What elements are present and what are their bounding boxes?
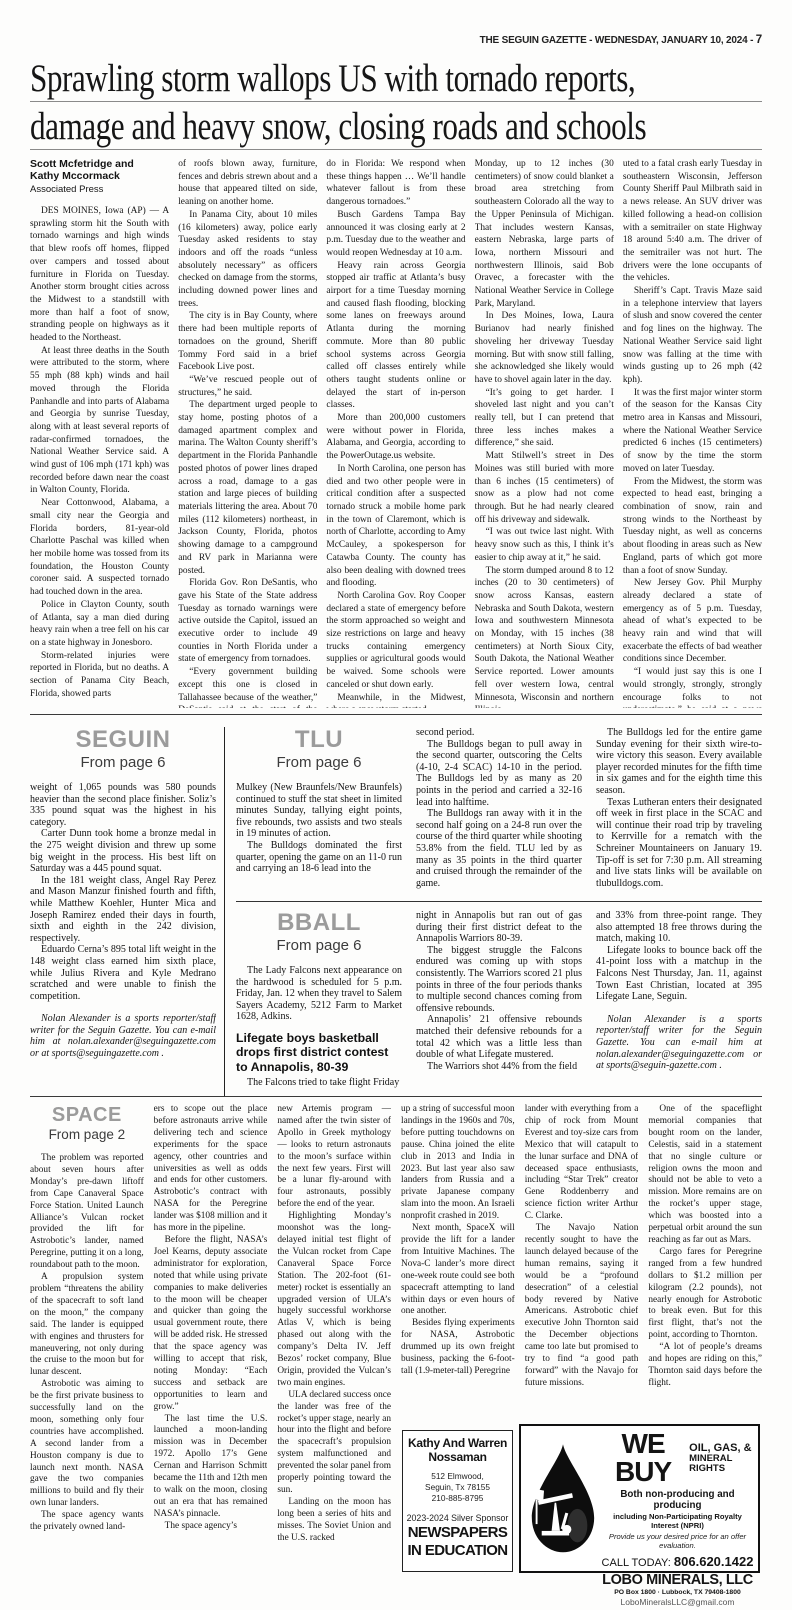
space-column-1: SPACE From page 2 The problem was report…	[30, 1104, 144, 1582]
paragraph: Sheriff’s Capt. Travis Maze said in a te…	[623, 285, 762, 387]
paragraph: The problem was reported about seven hou…	[30, 1153, 144, 1272]
headline-rule-1	[30, 101, 762, 102]
paragraph: lander with everything from a chip of ro…	[525, 1104, 639, 1223]
lobo-minerals-ad: WE BUY OIL, GAS, & MINERAL RIGHTS Both n…	[519, 1424, 760, 1573]
section-divider-rule-2	[30, 1096, 762, 1097]
seguin-title: SEGUIN	[30, 727, 216, 753]
tlu-text: Mulkey (New Braunfels/New Braunfels) con…	[236, 782, 402, 875]
paragraph: Annapolis’ 21 offensive rebounds matched…	[416, 1014, 582, 1060]
paragraph: new Artemis program — named after the tw…	[277, 1104, 391, 1211]
paragraph: DES MOINES, Iowa (AP) — A sprawling stor…	[30, 205, 169, 345]
paragraph: A propulsion system problem “threatens t…	[30, 1272, 144, 1379]
sponsor-address-line-1: 512 Elmwood,	[403, 1471, 512, 1482]
space-text: new Artemis program — named after the tw…	[277, 1104, 391, 1545]
paragraph: More than 200,000 customers were without…	[326, 412, 465, 463]
sponsor-name-line-1: Kathy And Warren	[403, 1437, 512, 1451]
paragraph: The Falcons tried to take flight Friday	[236, 1077, 402, 1089]
tlu-bball-area: TLU From page 6 Mulkey (New Braunfels/Ne…	[224, 727, 762, 1097]
paragraph: One of the spaceflight memorial companie…	[648, 1104, 762, 1247]
story-column-5: uted to a fatal crash early Tuesday in s…	[623, 158, 762, 708]
paragraph: Texas Lutheran enters their designated o…	[596, 797, 762, 890]
paragraph: The space agency’s	[154, 1521, 268, 1533]
paragraph: The Warriors shot 44% from the field	[416, 1061, 582, 1073]
tlu-text: The Bulldogs led for the entire game Sun…	[596, 727, 762, 889]
bball-text: The Lady Falcons next appearance on the …	[236, 965, 402, 1023]
paragraph: Besides flying experiments for NASA, Ast…	[401, 1318, 515, 1378]
rights-line-1: OIL, GAS, &	[689, 1443, 754, 1454]
paragraph: Highlighting Monday’s moonshot was the l…	[277, 1211, 391, 1390]
bball-reporter-credit: Nolan Alexander is a sports reporter/sta…	[596, 1014, 762, 1072]
paragraph: “I would just say this is one I would st…	[623, 666, 762, 708]
paragraph: The Bulldogs dominated the first quarter…	[236, 840, 402, 875]
paragraph: The city is in Bay County, where there h…	[178, 310, 317, 374]
paragraph: The biggest struggle the Falcons endured…	[416, 945, 582, 1015]
newspapers-in-education-line-2: IN EDUCATION	[403, 1543, 512, 1559]
paragraph: Cargo fares for Peregrine ranged from a …	[648, 1247, 762, 1342]
paragraph: Mulkey (New Braunfels/New Braunfels) con…	[236, 782, 402, 840]
paragraph: At least three deaths in the South were …	[30, 345, 169, 497]
space-text: lander with everything from a chip of ro…	[525, 1104, 639, 1390]
story-column-3: do in Florida: We respond when these thi…	[326, 158, 465, 708]
page-header: THE SEGUIN GAZETTE - WEDNESDAY, JANUARY …	[30, 34, 762, 46]
lobo-ad-text: WE BUY OIL, GAS, & MINERAL RIGHTS Both n…	[601, 1428, 754, 1607]
we-buy-row: WE BUY OIL, GAS, & MINERAL RIGHTS	[601, 1430, 754, 1486]
paragraph: Carter Dunn took home a bronze medal in …	[30, 828, 216, 874]
paragraph: night in Annapolis but ran out of gas du…	[416, 910, 582, 945]
tlu-bball-rule	[236, 901, 762, 902]
sports-continuations-section: SEGUIN From page 6 weight of 1,065 pound…	[30, 727, 762, 1097]
paragraph: In Panama City, about 10 miles (16 kilom…	[178, 209, 317, 311]
paragraph: Matt Stilwell’s street in Des Moines was…	[475, 450, 614, 526]
paragraph: Before the flight, NASA’s Joel Kearns, d…	[154, 1235, 268, 1414]
story-text: do in Florida: We respond when these thi…	[326, 158, 465, 708]
paragraph: Monday, up to 12 inches (30 centimeters)…	[475, 158, 614, 310]
paragraph: Next month, SpaceX will provide the lift…	[401, 1223, 515, 1318]
paragraph: The Navajo Nation recently sought to hav…	[525, 1223, 639, 1390]
call-today-line: CALL TODAY: 806.620.1422	[601, 1554, 754, 1569]
bball-text: The Falcons tried to take flight Friday	[236, 1077, 402, 1089]
seguin-text: weight of 1,065 pounds was 580 pounds he…	[30, 782, 216, 1002]
space-from-page: From page 2	[30, 1126, 144, 1143]
tlu-from-page: From page 6	[236, 753, 402, 772]
byline-author-2: Kathy Mccormack	[30, 170, 169, 182]
header-text: THE SEGUIN GAZETTE - WEDNESDAY, JANUARY …	[480, 35, 756, 46]
paragraph: In the 181 weight class, Angel Ray Perez…	[30, 875, 216, 945]
paragraph: The Lady Falcons next appearance on the …	[236, 965, 402, 1023]
nie-sponsor-ad: Kathy And Warren Nossaman 512 Elmwood, S…	[402, 1430, 513, 1572]
story-column-1: Scott Mcfetridge and Kathy Mccormack Ass…	[30, 158, 169, 708]
headline-line-2: damage and heavy snow, closing roads and…	[30, 104, 616, 149]
bball-subheadline: Lifegate boys basketball drops first dis…	[236, 1031, 402, 1075]
space-title: SPACE	[30, 1104, 144, 1126]
company-address: PO Box 1800 · Lubbock, TX 79408-1800	[601, 1589, 754, 1596]
offer-evaluation-line: Provide us your desired price for an off…	[601, 1532, 754, 1550]
paragraph: Heavy rain across Georgia stopped air tr…	[326, 260, 465, 412]
paragraph: The last time the U.S. launched a moon-l…	[154, 1414, 268, 1521]
npri-line: including Non-Participating Royalty Inte…	[601, 1512, 754, 1530]
bball-text: night in Annapolis but ran out of gas du…	[416, 910, 582, 1072]
we-buy-text: WE BUY	[601, 1430, 685, 1486]
story-text: uted to a fatal crash early Tuesday in s…	[623, 158, 762, 708]
bball-from-page: From page 6	[236, 936, 402, 955]
story-text: DES MOINES, Iowa (AP) — A sprawling stor…	[30, 205, 169, 700]
tlu-text: second period.The Bulldogs began to pull…	[416, 727, 582, 889]
space-text: One of the spaceflight memorial companie…	[648, 1104, 762, 1390]
paragraph: Lifegate looks to bounce back off the 41…	[596, 945, 762, 1003]
paragraph: Near Cottonwood, Alabama, a small city n…	[30, 497, 169, 599]
paragraph: ULA declared success once the lander was…	[277, 1390, 391, 1497]
seguin-heading: SEGUIN From page 6	[30, 727, 216, 772]
bball-continuation: BBALL From page 6 The Lady Falcons next …	[236, 910, 762, 1093]
page-number: 7	[756, 34, 762, 46]
tlu-column-3: The Bulldogs led for the entire game Sun…	[596, 727, 762, 897]
sponsor-address: 512 Elmwood, Seguin, Tx 78155 210-885-87…	[403, 1471, 512, 1504]
byline-organization: Associated Press	[30, 184, 169, 196]
paragraph: Police in Clayton County, south of Atlan…	[30, 599, 169, 650]
paragraph: Meanwhile, in the Midwest, where a snows…	[326, 692, 465, 708]
paragraph: New Jersey Gov. Phil Murphy already decl…	[623, 577, 762, 666]
rights-line-2: MINERAL RIGHTS	[689, 1454, 754, 1474]
paragraph: In Des Moines, Iowa, Laura Burianov had …	[475, 310, 614, 386]
mineral-rights-text: OIL, GAS, & MINERAL RIGHTS	[689, 1443, 754, 1474]
paragraph: Eduardo Cerna’s 895 total lift weight in…	[30, 944, 216, 1002]
sponsor-phone: 210-885-8795	[403, 1493, 512, 1504]
tlu-heading: TLU From page 6	[236, 727, 402, 772]
sponsor-name-line-2: Nossaman	[403, 1451, 512, 1465]
paragraph: uted to a fatal crash early Tuesday in s…	[623, 158, 762, 285]
space-text: The problem was reported about seven hou…	[30, 1153, 144, 1534]
paragraph: The Bulldogs began to pull away in the s…	[416, 739, 582, 809]
storm-article: Scott Mcfetridge and Kathy Mccormack Ass…	[30, 158, 762, 708]
paragraph: In North Carolina, one person has died a…	[326, 463, 465, 590]
space-column-3: new Artemis program — named after the tw…	[277, 1104, 391, 1582]
paragraph: weight of 1,065 pounds was 580 pounds he…	[30, 782, 216, 828]
seguin-continuation: SEGUIN From page 6 weight of 1,065 pound…	[30, 727, 216, 1097]
story-text: of roofs blown away, furniture, fences a…	[178, 158, 317, 708]
paragraph: From the Midwest, the storm was expected…	[623, 476, 762, 578]
newspapers-in-education-line-1: NEWSPAPERS	[403, 1525, 512, 1541]
paragraph: Florida Gov. Ron DeSantis, who gave his …	[178, 577, 317, 666]
bball-column-3: and 33% from three-point range. They als…	[596, 910, 762, 1093]
paragraph: Busch Gardens Tampa Bay announced it was…	[326, 209, 465, 260]
company-email: LoboMineralsLLC@gmail.com	[601, 1597, 754, 1607]
sponsor-year-label: 2023-2024 Silver Sponsor	[403, 1513, 512, 1523]
section-divider-rule	[30, 714, 762, 715]
story-column-4: Monday, up to 12 inches (30 centimeters)…	[475, 158, 614, 708]
byline-author-1: Scott Mcfetridge and	[30, 158, 169, 170]
space-text: ers to scope out the place before astron…	[154, 1104, 268, 1533]
sponsor-address-line-2: Seguin, Tx 78155	[403, 1482, 512, 1493]
story-text: Monday, up to 12 inches (30 centimeters)…	[475, 158, 614, 708]
tlu-column-1: TLU From page 6 Mulkey (New Braunfels/Ne…	[236, 727, 402, 897]
seguin-reporter-credit: Nolan Alexander is a sports reporter/sta…	[30, 1013, 216, 1059]
oil-drop-pumpjack-icon	[525, 1430, 601, 1568]
paragraph: Astrobotic was aiming to be the first pr…	[30, 1379, 144, 1510]
bball-column-1: BBALL From page 6 The Lady Falcons next …	[236, 910, 402, 1093]
paragraph: “It’s going to get harder. I shoveled la…	[475, 387, 614, 451]
paragraph: North Carolina Gov. Roy Cooper declared …	[326, 590, 465, 692]
seguin-from-page: From page 6	[30, 753, 216, 772]
paragraph: The Bulldogs led for the entire game Sun…	[596, 727, 762, 797]
paragraph: up a string of successful moon landings …	[401, 1104, 515, 1223]
paragraph: ers to scope out the place before astron…	[154, 1104, 268, 1235]
producing-line: Both non-producing and producing	[601, 1489, 754, 1511]
paragraph: The department urged people to stay home…	[178, 399, 317, 577]
paragraph: and 33% from three-point range. They als…	[596, 910, 762, 945]
paragraph: It was the first major winter storm of t…	[623, 387, 762, 476]
byline: Scott Mcfetridge and Kathy Mccormack Ass…	[30, 158, 169, 196]
paragraph: The space agency wants the privately own…	[30, 1510, 144, 1534]
story-column-2: of roofs blown away, furniture, fences a…	[178, 158, 317, 708]
paragraph: Storm-related injuries were reported in …	[30, 650, 169, 701]
space-text: up a string of successful moon landings …	[401, 1104, 515, 1378]
tlu-title: TLU	[236, 727, 402, 753]
paragraph: second period.	[416, 727, 582, 739]
paragraph: do in Florida: We respond when these thi…	[326, 158, 465, 209]
tlu-continuation: TLU From page 6 Mulkey (New Braunfels/Ne…	[236, 727, 762, 897]
space-heading: SPACE From page 2	[30, 1104, 144, 1143]
paragraph: The Bulldogs ran away with it in the sec…	[416, 808, 582, 889]
headline-rule-2	[30, 149, 762, 150]
phone-number: 806.620.1422	[674, 1554, 754, 1569]
company-name: LOBO MINERALS, LLC	[601, 1572, 754, 1588]
headline-line-1: Sprawling storm wallops US with tornado …	[30, 56, 616, 101]
bball-column-2: night in Annapolis but ran out of gas du…	[416, 910, 582, 1093]
newspaper-page: THE SEGUIN GAZETTE - WEDNESDAY, JANUARY …	[0, 0, 792, 1610]
bball-title: BBALL	[236, 910, 402, 936]
paragraph: Landing on the moon has long been a seri…	[277, 1497, 391, 1545]
paragraph: “A lot of people’s dreams and hopes are …	[648, 1342, 762, 1390]
paragraph: “We’ve rescued people out of structures,…	[178, 374, 317, 399]
paragraph: “I was out twice last night. With heavy …	[475, 526, 614, 564]
paragraph: of roofs blown away, furniture, fences a…	[178, 158, 317, 209]
space-column-2: ers to scope out the place before astron…	[154, 1104, 268, 1582]
bball-text: and 33% from three-point range. They als…	[596, 910, 762, 1003]
bball-heading: BBALL From page 6	[236, 910, 402, 955]
call-today-label: CALL TODAY:	[602, 1557, 674, 1569]
paragraph: “Every government building except this o…	[178, 666, 317, 708]
paragraph: The storm dumped around 8 to 12 inches (…	[475, 565, 614, 709]
tlu-column-2: second period.The Bulldogs began to pull…	[416, 727, 582, 897]
